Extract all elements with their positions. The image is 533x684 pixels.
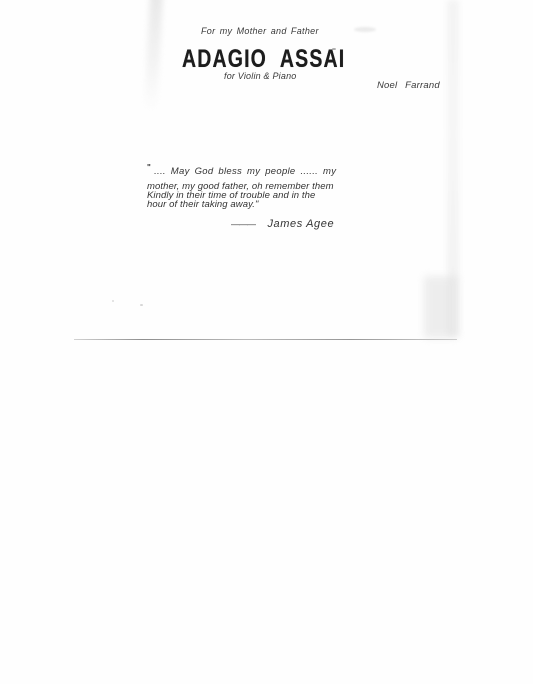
epigraph-attribution: ——— James Agee bbox=[147, 214, 336, 232]
composer-name: Noel Farrand bbox=[377, 80, 440, 91]
attribution-author: James Agee bbox=[267, 218, 334, 230]
epigraph-line-text: .... May God bless my people ...... my bbox=[154, 166, 336, 177]
scan-shade-artifact bbox=[424, 276, 458, 338]
epigraph-line: ".... May God bless my people ...... my bbox=[147, 163, 336, 177]
page-title: ADAGIO ASSAI bbox=[182, 45, 345, 74]
scan-speck-artifact bbox=[112, 300, 114, 302]
scan-streak-artifact-top bbox=[144, 0, 163, 112]
epigraph-quote-block: ".... May God bless my people ...... my … bbox=[147, 163, 336, 232]
page-bottom-edge-line bbox=[74, 339, 457, 340]
attribution-dash: ——— bbox=[231, 219, 255, 229]
epigraph-line: hour of their taking away." bbox=[147, 200, 336, 209]
scan-speck-artifact bbox=[140, 304, 143, 306]
dedication-line: For my Mother and Father bbox=[201, 26, 319, 36]
scan-smudge-artifact bbox=[354, 27, 376, 32]
scanned-score-title-page: For my Mother and Father ADAGIO ASSAI fo… bbox=[0, 0, 533, 684]
instrumentation-subtitle: for Violin & Piano bbox=[224, 71, 296, 81]
open-quote-mark: " bbox=[147, 163, 151, 172]
